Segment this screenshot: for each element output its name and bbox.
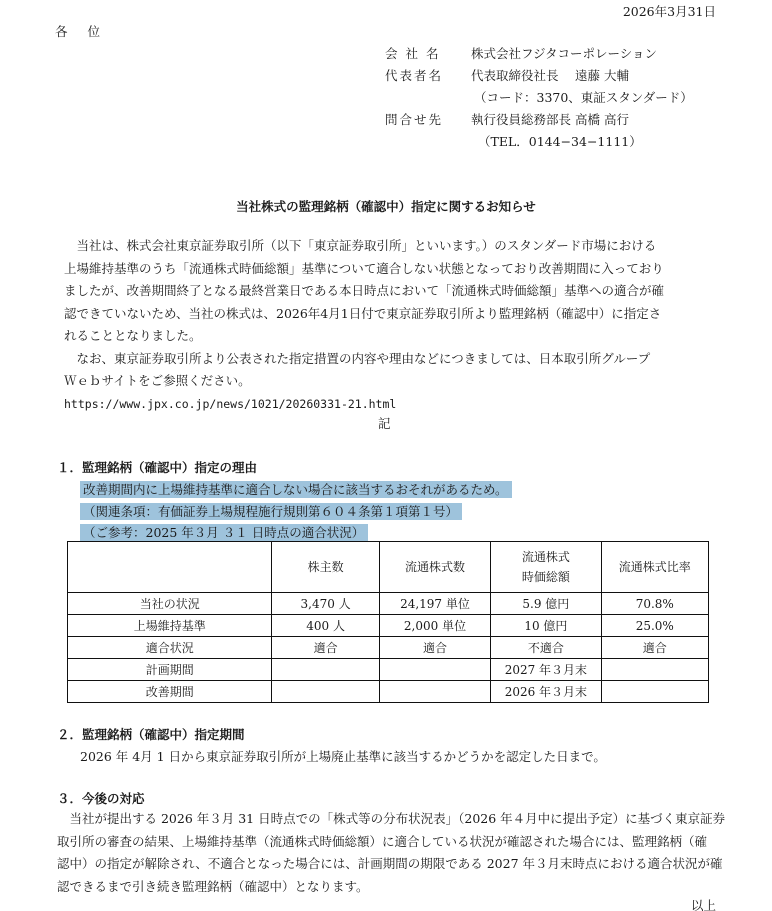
table-row: 適合状況 適合 適合 不適合 適合: [68, 637, 709, 659]
table-cell: 5.9 億円: [491, 593, 601, 615]
table-cell: 2,000 単位: [379, 615, 490, 637]
intro-line: 当社は、株式会社東京証券取引所（以下「東京証券取引所」といいます。）のスタンダー…: [64, 235, 664, 258]
highlighted-reason: 改善期間内に上場維持基準に適合しない場合に該当するおそれがあるため。: [80, 481, 512, 498]
intro-line: れることとなりました。: [64, 325, 664, 348]
intro-line: 認できていないため、当社の株式は、2026年4月1日付で東京証券取引所より監理銘…: [64, 303, 664, 326]
table-cell: 適合: [272, 637, 379, 659]
header-line: 時価総額: [491, 567, 600, 587]
table-cell: 400 人: [272, 615, 379, 637]
jpx-url-link[interactable]: https://www.jpx.co.jp/news/1021/20260331…: [64, 393, 664, 416]
representative-label: 代表者名: [385, 66, 471, 84]
table-cell: 計画期間: [68, 659, 272, 681]
section3-line: 認中）の指定が解除され、不適合となった場合には、計画期間の期限である 2027 …: [57, 853, 725, 876]
intro-paragraph: 当社は、株式会社東京証券取引所（以下「東京証券取引所」といいます。）のスタンダー…: [64, 235, 664, 415]
contact-label: 問合せ先: [385, 110, 471, 128]
section1-related: （関連条項：有価証券上場規程施行規則第６０４条第１項第１号）: [80, 502, 462, 520]
table-cell: 2026 年３月末: [491, 681, 601, 703]
table-cell: [601, 659, 708, 681]
closing-mark: 以上: [691, 896, 716, 911]
table-header-cell: [68, 542, 272, 593]
section3-line: 当社が提出する 2026 年３月 31 日時点での「株式等の分布状況表」（202…: [57, 808, 725, 831]
company-name: 株式会社フジタコーポレーション: [471, 46, 657, 61]
table-cell: 2027 年３月末: [491, 659, 601, 681]
document-date: 2026年3月31日: [623, 2, 716, 20]
compliance-status-table: 株主数 流通株式数 流通株式 時価総額 流通株式比率 当社の状況 3,470 人…: [67, 541, 709, 703]
table-cell: 適合: [379, 637, 490, 659]
table-row: 当社の状況 3,470 人 24,197 単位 5.9 億円 70.8%: [68, 593, 709, 615]
section3-line: 認できるまで引き続き監理銘柄（確認中）となります。: [57, 876, 725, 899]
highlighted-reference: （ご参考：2025 年３月 ３１ 日時点の適合状況）: [80, 524, 368, 541]
table-cell: [379, 659, 490, 681]
table-cell: 10 億円: [491, 615, 601, 637]
highlighted-related-clause: （関連条項：有価証券上場規程施行規則第６０４条第１項第１号）: [80, 503, 462, 520]
contact-row: 問合せ先執行役員総務部長 高橋 高行: [385, 110, 629, 128]
section2-body: 2026 年 4月 1 日から東京証券取引所が上場廃止基準に該当するかどうかを認…: [80, 747, 606, 765]
intro-line: ましたが、改善期間終了となる最終営業日である本日時点において「流通株式時価総額」…: [64, 280, 664, 303]
table-cell: 25.0%: [601, 615, 708, 637]
table-cell: 当社の状況: [68, 593, 272, 615]
section3-line: 取引所の審査の結果、上場維持基準（流通株式時価総額）に適合している状況が確認され…: [57, 831, 725, 854]
table-row: 計画期間 2027 年３月末: [68, 659, 709, 681]
intro-line: 上場維持基準のうち「流通株式時価総額」基準について適合しない状態となっており改善…: [64, 258, 664, 281]
section2-heading: ２．監理銘柄（確認中）指定期間: [57, 725, 245, 743]
section1-reason: 改善期間内に上場維持基準に適合しない場合に該当するおそれがあるため。: [80, 480, 512, 498]
table-cell: 改善期間: [68, 681, 272, 703]
intro-line: なお、東京証券取引所より公表された指定措置の内容や理由などにつきましては、日本取…: [64, 348, 664, 371]
table-cell: [272, 681, 379, 703]
section3-body: 当社が提出する 2026 年３月 31 日時点での「株式等の分布状況表」（202…: [57, 808, 725, 898]
table-cell: 適合: [601, 637, 708, 659]
table-cell: 不適合: [491, 637, 601, 659]
table-cell: 70.8%: [601, 593, 708, 615]
table-row: 上場維持基準 400 人 2,000 単位 10 億円 25.0%: [68, 615, 709, 637]
contact-tel: （TEL．0144−34−1111）: [478, 132, 642, 150]
table-header-cell: 流通株式 時価総額: [491, 542, 601, 593]
table-cell: 24,197 単位: [379, 593, 490, 615]
section1-reference: （ご参考：2025 年３月 ３１ 日時点の適合状況）: [80, 523, 368, 541]
section1-heading: １．監理銘柄（確認中）指定の理由: [57, 458, 257, 476]
section3-heading: ３．今後の対応: [57, 789, 145, 807]
contact-name: 執行役員総務部長 高橋 高行: [471, 112, 629, 127]
header-line: 流通株式: [491, 547, 600, 567]
table-cell: 3,470 人: [272, 593, 379, 615]
stock-code: （コード：3370、東証スタンダード）: [474, 88, 693, 106]
table-header-row: 株主数 流通株式数 流通株式 時価総額 流通株式比率: [68, 542, 709, 593]
representative-row: 代表者名代表取締役社長 遠藤 大輔: [385, 66, 629, 84]
intro-line: Ｗｅｂサイトをご参照ください。: [64, 370, 664, 393]
ki-marker: 記: [378, 414, 391, 432]
table-header-cell: 株主数: [272, 542, 379, 593]
company-row: 会 社 名株式会社フジタコーポレーション: [385, 44, 657, 62]
table-cell: [379, 681, 490, 703]
table-header-cell: 流通株式数: [379, 542, 490, 593]
document-title: 当社株式の監理銘柄（確認中）指定に関するお知らせ: [0, 197, 772, 215]
representative-name: 代表取締役社長 遠藤 大輔: [471, 68, 629, 83]
table-row: 改善期間 2026 年３月末: [68, 681, 709, 703]
table-cell: 上場維持基準: [68, 615, 272, 637]
addressee: 各 位: [55, 22, 108, 40]
table-cell: 適合状況: [68, 637, 272, 659]
table-header-cell: 流通株式比率: [601, 542, 708, 593]
company-label: 会 社 名: [385, 44, 471, 62]
table-cell: [601, 681, 708, 703]
table-cell: [272, 659, 379, 681]
